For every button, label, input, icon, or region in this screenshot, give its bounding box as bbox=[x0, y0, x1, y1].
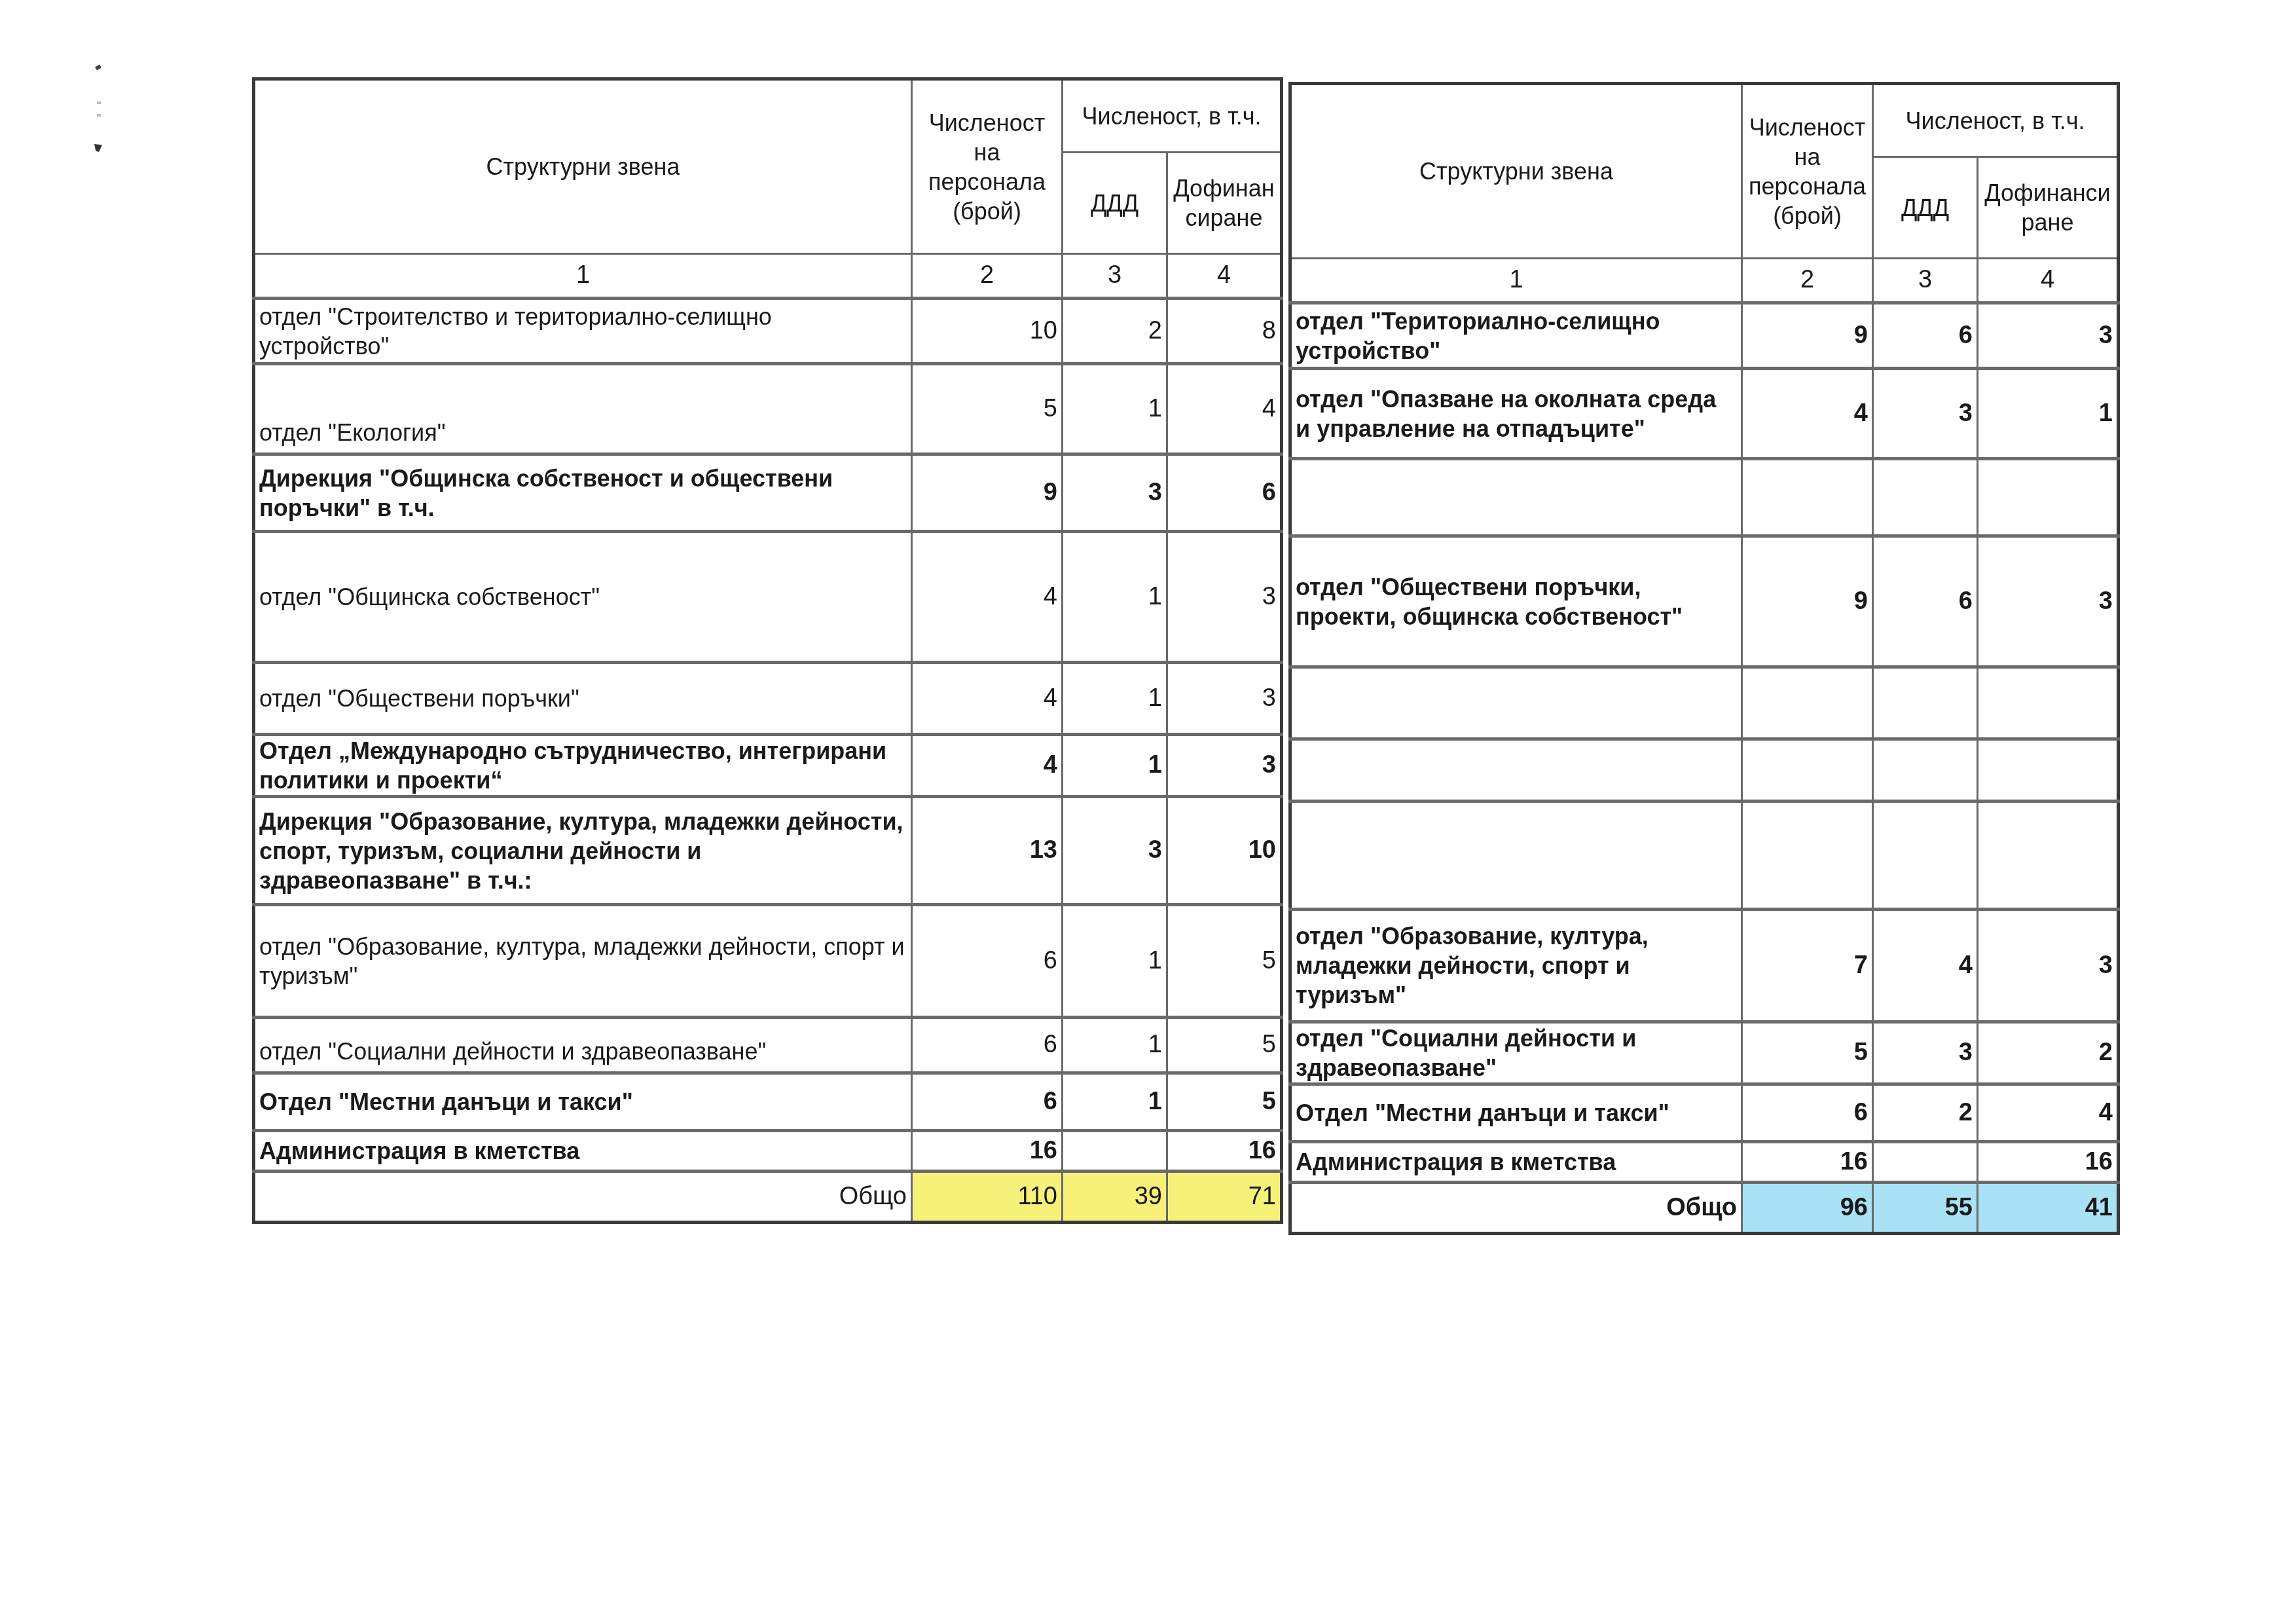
header-staff-count: Численост на персонала (брой) bbox=[1742, 84, 1873, 259]
ddd-count bbox=[1063, 1131, 1167, 1172]
table-row bbox=[1290, 802, 2119, 910]
total-cofinancing: 41 bbox=[1978, 1183, 2119, 1234]
column-index-row: 1 2 3 4 bbox=[1290, 259, 2119, 303]
staff-count: 5 bbox=[912, 364, 1063, 454]
staff-count: 6 bbox=[912, 1018, 1063, 1073]
scan-speck bbox=[97, 114, 101, 117]
cofinancing-count bbox=[1978, 739, 2119, 802]
staff-table-left: Структурни звена Численост на персонала … bbox=[252, 77, 1283, 1224]
unit-name: Отдел "Местни данъци и такси" bbox=[1290, 1084, 1742, 1142]
table-row: Дирекция "Образование, култура, младежки… bbox=[254, 797, 1282, 905]
table-row: отдел "Образование, култура, младежки де… bbox=[1290, 910, 2119, 1022]
column-index: 2 bbox=[912, 254, 1063, 299]
unit-name: Администрация в кметства bbox=[254, 1131, 912, 1172]
header-ddd: ДДД bbox=[1873, 157, 1978, 259]
staff-count: 10 bbox=[912, 299, 1063, 364]
unit-name bbox=[1290, 802, 1742, 910]
cofinancing-count bbox=[1978, 667, 2119, 739]
total-staff: 96 bbox=[1742, 1183, 1873, 1234]
header-cofinancing: Дофинанси ране bbox=[1978, 157, 2119, 259]
staff-count: 13 bbox=[912, 797, 1063, 905]
cofinancing-count: 4 bbox=[1167, 364, 1282, 454]
table-row: отдел "Социални дейности и здравеопазван… bbox=[254, 1018, 1282, 1073]
total-row: Общо 96 55 41 bbox=[1290, 1183, 2119, 1234]
ddd-count: 1 bbox=[1063, 1018, 1167, 1073]
unit-name: отдел "Строителство и териториално-селищ… bbox=[254, 299, 912, 364]
ddd-count: 1 bbox=[1063, 735, 1167, 797]
staff-count: 6 bbox=[912, 905, 1063, 1018]
ddd-count: 1 bbox=[1063, 905, 1167, 1018]
column-index: 3 bbox=[1873, 259, 1978, 303]
ddd-count bbox=[1873, 1142, 1978, 1183]
header-structural-units: Структурни звена bbox=[254, 79, 912, 254]
scan-speck bbox=[95, 64, 101, 70]
header-structural-units: Структурни звена bbox=[1290, 84, 1742, 259]
table-row: отдел "Социални дейности и здравеопазван… bbox=[1290, 1022, 2119, 1084]
cofinancing-count: 8 bbox=[1167, 299, 1282, 364]
total-row: Общо 110 39 71 bbox=[254, 1172, 1282, 1223]
unit-name: отдел "Социални дейности и здравеопазван… bbox=[254, 1018, 912, 1073]
unit-name: Дирекция "Общинска собственост и обществ… bbox=[254, 454, 912, 532]
table-row: отдел "Общинска собственост" 4 1 3 bbox=[254, 532, 1282, 663]
column-index: 1 bbox=[1290, 259, 1742, 303]
column-index: 4 bbox=[1978, 259, 2119, 303]
staff-count: 9 bbox=[1742, 536, 1873, 667]
total-ddd: 55 bbox=[1873, 1183, 1978, 1234]
table-row: отдел "Обществени поръчки" 4 1 3 bbox=[254, 663, 1282, 735]
cofinancing-count: 6 bbox=[1167, 454, 1282, 532]
ddd-count: 2 bbox=[1063, 299, 1167, 364]
header-staff-count: Численост на персонала (брой) bbox=[912, 79, 1063, 254]
staff-count: 6 bbox=[1742, 1084, 1873, 1142]
staff-count: 9 bbox=[1742, 303, 1873, 369]
table-row: Дирекция "Общинска собственост и обществ… bbox=[254, 454, 1282, 532]
cofinancing-count: 2 bbox=[1978, 1022, 2119, 1084]
unit-name bbox=[1290, 667, 1742, 739]
ddd-count bbox=[1873, 802, 1978, 910]
staff-count: 16 bbox=[912, 1131, 1063, 1172]
cofinancing-count bbox=[1978, 459, 2119, 536]
unit-name: отдел "Обществени поръчки, проекти, общи… bbox=[1290, 536, 1742, 667]
ddd-count bbox=[1873, 739, 1978, 802]
scan-speck bbox=[94, 144, 102, 152]
unit-name: отдел "Образование, култура, младежки де… bbox=[254, 905, 912, 1018]
table-row: Отдел "Местни данъци и такси" 6 2 4 bbox=[1290, 1084, 2119, 1142]
cofinancing-count: 3 bbox=[1167, 663, 1282, 735]
ddd-count: 1 bbox=[1063, 364, 1167, 454]
header-breakdown: Численост, в т.ч. bbox=[1063, 79, 1282, 153]
cofinancing-count: 16 bbox=[1978, 1142, 2119, 1183]
unit-name: отдел "Социални дейности и здравеопазван… bbox=[1290, 1022, 1742, 1084]
cofinancing-count: 3 bbox=[1167, 735, 1282, 797]
ddd-count bbox=[1873, 667, 1978, 739]
ddd-count: 6 bbox=[1873, 303, 1978, 369]
cofinancing-count: 3 bbox=[1978, 303, 2119, 369]
staff-count bbox=[1742, 802, 1873, 910]
cofinancing-count: 3 bbox=[1978, 536, 2119, 667]
table-row bbox=[1290, 739, 2119, 802]
unit-name: отдел "Обществени поръчки" bbox=[254, 663, 912, 735]
staff-count: 9 bbox=[912, 454, 1063, 532]
ddd-count: 6 bbox=[1873, 536, 1978, 667]
ddd-count: 2 bbox=[1873, 1084, 1978, 1142]
staff-count: 4 bbox=[912, 532, 1063, 663]
unit-name: Администрация в кметства bbox=[1290, 1142, 1742, 1183]
ddd-count: 1 bbox=[1063, 1073, 1167, 1131]
staff-count: 5 bbox=[1742, 1022, 1873, 1084]
column-index: 4 bbox=[1167, 254, 1282, 299]
unit-name: отдел "Екология" bbox=[254, 364, 912, 454]
cofinancing-count: 5 bbox=[1167, 905, 1282, 1018]
total-label: Общо bbox=[1290, 1183, 1742, 1234]
staff-count bbox=[1742, 739, 1873, 802]
ddd-count bbox=[1873, 459, 1978, 536]
cofinancing-count: 1 bbox=[1978, 369, 2119, 459]
table-row: отдел "Териториално-селищно устройство" … bbox=[1290, 303, 2119, 369]
staff-count: 16 bbox=[1742, 1142, 1873, 1183]
table-row: Администрация в кметства 16 16 bbox=[254, 1131, 1282, 1172]
cofinancing-count: 5 bbox=[1167, 1018, 1282, 1073]
table-row: Отдел „Международно сътрудничество, инте… bbox=[254, 735, 1282, 797]
table-row: Отдел "Местни данъци и такси" 6 1 5 bbox=[254, 1073, 1282, 1131]
header-ddd: ДДД bbox=[1063, 153, 1167, 254]
staff-count: 6 bbox=[912, 1073, 1063, 1131]
table-row: отдел "Екология" 5 1 4 bbox=[254, 364, 1282, 454]
ddd-count: 3 bbox=[1873, 1022, 1978, 1084]
cofinancing-count: 16 bbox=[1167, 1131, 1282, 1172]
ddd-count: 4 bbox=[1873, 910, 1978, 1022]
unit-name: Отдел „Международно сътрудничество, инте… bbox=[254, 735, 912, 797]
unit-name bbox=[1290, 739, 1742, 802]
staff-count bbox=[1742, 667, 1873, 739]
ddd-count: 1 bbox=[1063, 532, 1167, 663]
cofinancing-count bbox=[1978, 802, 2119, 910]
table-row: Администрация в кметства 16 16 bbox=[1290, 1142, 2119, 1183]
staff-table-right: Структурни звена Численост на персонала … bbox=[1288, 82, 2120, 1235]
table-row: отдел "Образование, култура, младежки де… bbox=[254, 905, 1282, 1018]
unit-name: отдел "Опазване на околната среда и упра… bbox=[1290, 369, 1742, 459]
header-breakdown: Численост, в т.ч. bbox=[1873, 84, 2119, 157]
ddd-count: 3 bbox=[1873, 369, 1978, 459]
cofinancing-count: 3 bbox=[1167, 532, 1282, 663]
ddd-count: 3 bbox=[1063, 797, 1167, 905]
scan-speck bbox=[97, 101, 101, 104]
table-row: отдел "Опазване на околната среда и упра… bbox=[1290, 369, 2119, 459]
unit-name: Отдел "Местни данъци и такси" bbox=[254, 1073, 912, 1131]
staff-count: 7 bbox=[1742, 910, 1873, 1022]
table-row: отдел "Строителство и териториално-селищ… bbox=[254, 299, 1282, 364]
staff-count: 4 bbox=[912, 735, 1063, 797]
unit-name: отдел "Образование, култура, младежки де… bbox=[1290, 910, 1742, 1022]
scan-artifacts bbox=[92, 59, 111, 177]
cofinancing-count: 4 bbox=[1978, 1084, 2119, 1142]
staff-count: 4 bbox=[912, 663, 1063, 735]
staff-count: 4 bbox=[1742, 369, 1873, 459]
table-row bbox=[1290, 667, 2119, 739]
ddd-count: 1 bbox=[1063, 663, 1167, 735]
staff-count bbox=[1742, 459, 1873, 536]
ddd-count: 3 bbox=[1063, 454, 1167, 532]
total-staff: 110 bbox=[912, 1172, 1063, 1223]
table-row bbox=[1290, 459, 2119, 536]
unit-name: отдел "Общинска собственост" bbox=[254, 532, 912, 663]
unit-name bbox=[1290, 459, 1742, 536]
column-index: 2 bbox=[1742, 259, 1873, 303]
table-row: отдел "Обществени поръчки, проекти, общи… bbox=[1290, 536, 2119, 667]
unit-name: отдел "Териториално-селищно устройство" bbox=[1290, 303, 1742, 369]
unit-name: Дирекция "Образование, култура, младежки… bbox=[254, 797, 912, 905]
column-index: 1 bbox=[254, 254, 912, 299]
cofinancing-count: 3 bbox=[1978, 910, 2119, 1022]
cofinancing-count: 5 bbox=[1167, 1073, 1282, 1131]
total-ddd: 39 bbox=[1063, 1172, 1167, 1223]
column-index-row: 1 2 3 4 bbox=[254, 254, 1282, 299]
column-index: 3 bbox=[1063, 254, 1167, 299]
header-cofinancing: Дофинан сиране bbox=[1167, 153, 1282, 254]
total-label: Общо bbox=[254, 1172, 912, 1223]
total-cofinancing: 71 bbox=[1167, 1172, 1282, 1223]
cofinancing-count: 10 bbox=[1167, 797, 1282, 905]
